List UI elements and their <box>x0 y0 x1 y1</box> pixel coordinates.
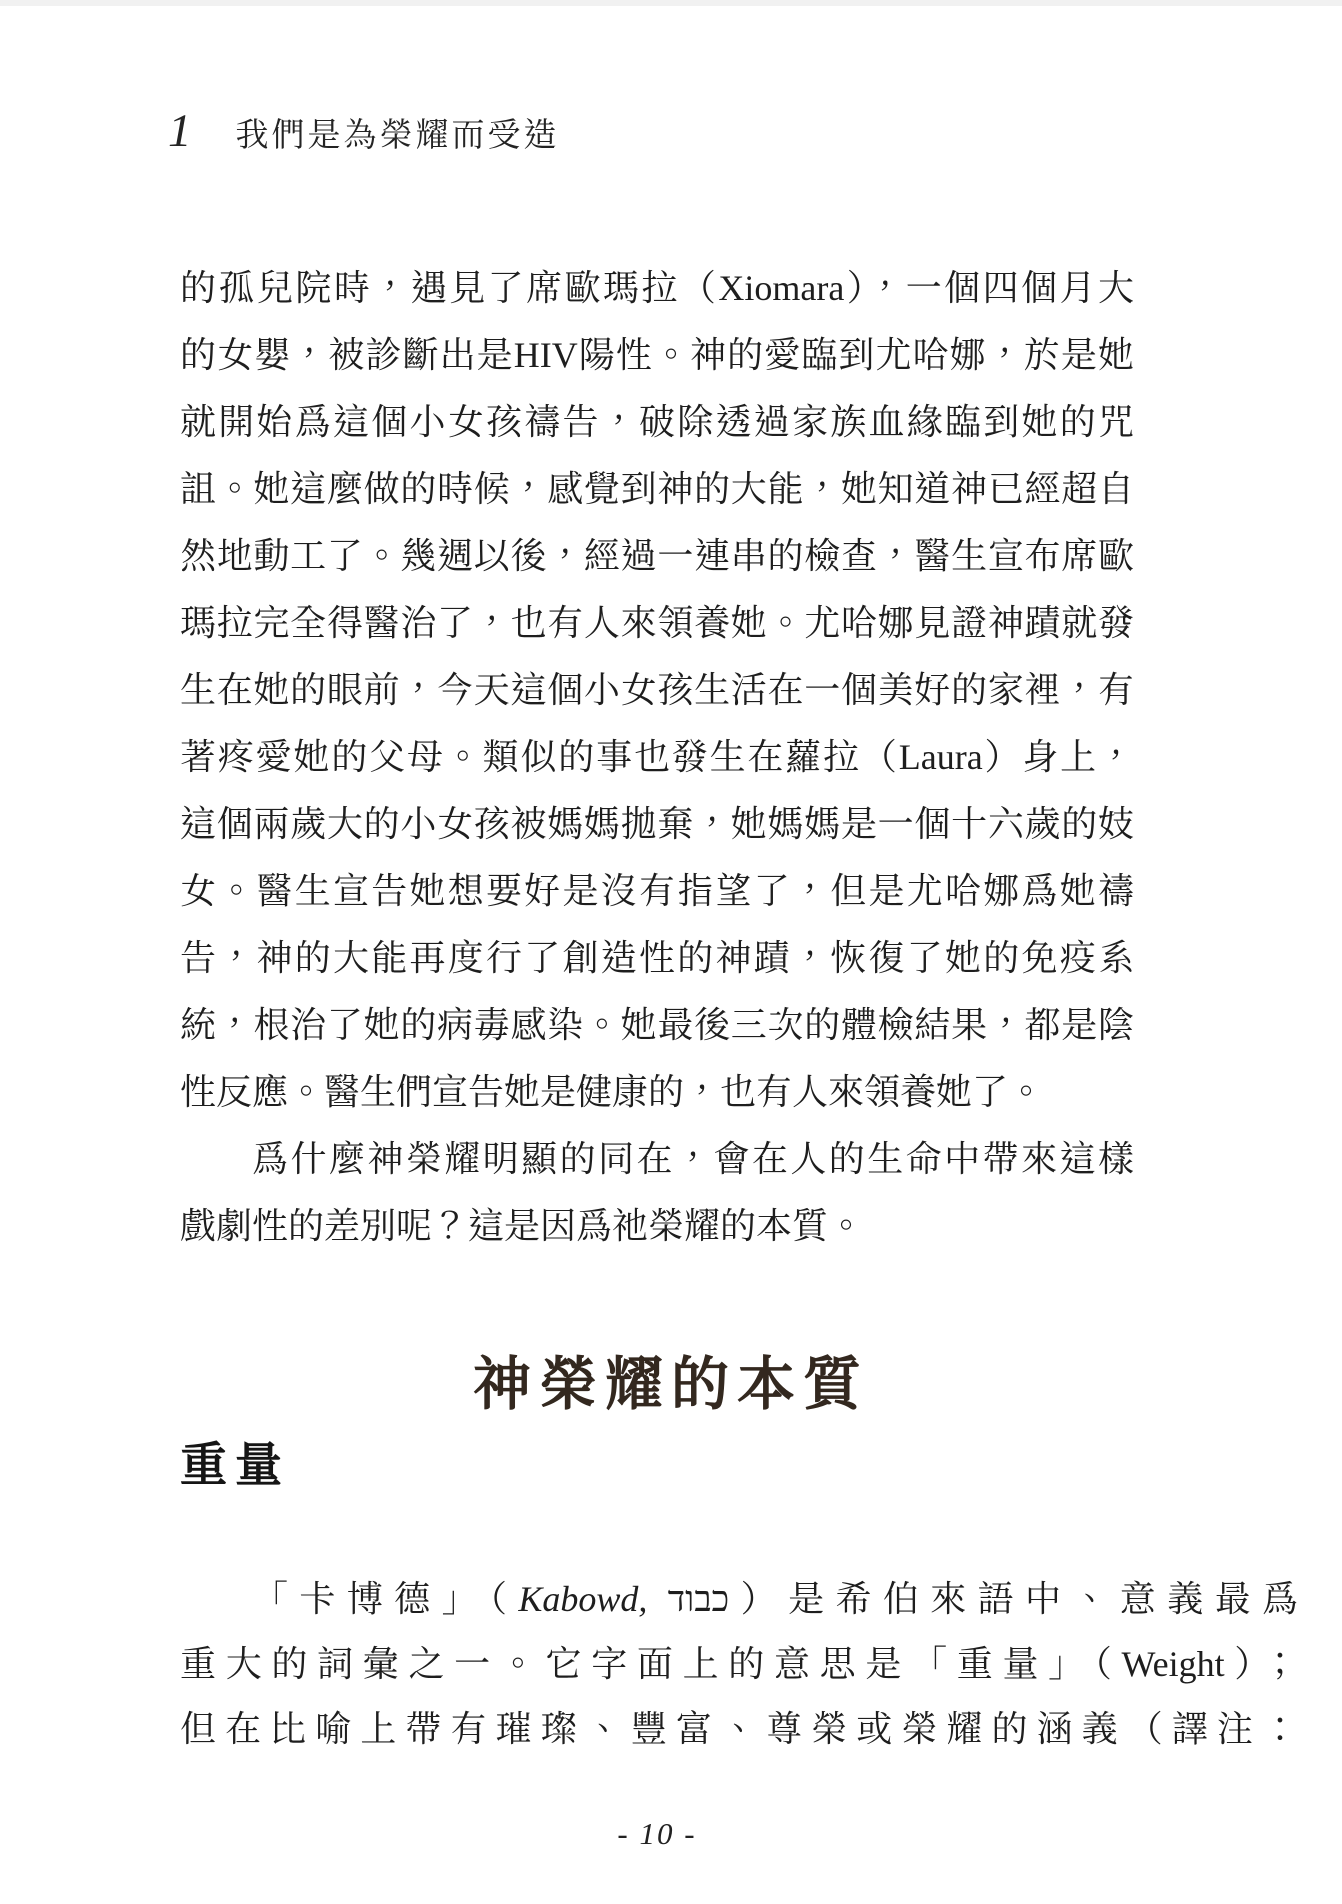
text-line: 告，神的大能再度行了創造性的神蹟，恢復了她的免疫系 <box>180 925 1134 992</box>
paragraph-orphanage-story: 的孤兒院時，遇見了席歐瑪拉（Xiomara），一個四個月大的女嬰，被診斷出是HI… <box>180 255 1134 1126</box>
text-line: 但在比喻上帶有璀璨、豐富、尊榮或榮耀的涵義（譯注： <box>180 1697 1298 1762</box>
inline-text: כבוד <box>668 1579 729 1619</box>
text-line: 著疼愛她的父母。類似的事也發生在蘿拉（Laura）身上， <box>180 724 1134 791</box>
chapter-number: 1 <box>168 106 192 158</box>
chapter-header: 1 我們是為榮耀而受造 <box>168 106 560 158</box>
text-line: 統，根治了她的病毒感染。她最後三次的體檢結果，都是陰 <box>180 992 1134 1059</box>
paragraph-why-glory-question: 爲什麼神榮耀明顯的同在，會在人的生命中帶來這樣戲劇性的差別呢？這是因爲祂榮耀的本… <box>180 1126 1134 1260</box>
chapter-title: 我們是為榮耀而受造 <box>236 109 560 156</box>
text-line: 這個兩歲大的小女孩被媽媽拋棄，她媽媽是一個十六歲的妓 <box>180 791 1134 858</box>
text-line: 瑪拉完全得醫治了，也有人來領養她。尤哈娜見證神蹟就發 <box>180 590 1134 657</box>
text-line: 女。醫生宣告她想要好是沒有指望了，但是尤哈娜爲她禱 <box>180 858 1134 925</box>
text-line: 戲劇性的差別呢？這是因爲祂榮耀的本質。 <box>180 1193 1134 1260</box>
text-line: 的孤兒院時，遇見了席歐瑪拉（Xiomara），一個四個月大 <box>180 255 1134 322</box>
text-line: 的女嬰，被診斷出是HIV陽性。神的愛臨到尤哈娜，於是她 <box>180 322 1134 389</box>
book-page: 1 我們是為榮耀而受造 的孤兒院時，遇見了席歐瑪拉（Xiomara），一個四個月… <box>0 0 1342 1904</box>
paragraph-kabowd-definition: 「卡博德」（Kabowd, כבוד）是希伯來語中、意義最爲重大的詞彙之一。它字… <box>180 1567 1298 1762</box>
text-line: 重大的詞彙之一。它字面上的意思是「重量」（Weight）； <box>180 1632 1298 1697</box>
text-line: 爲什麼神榮耀明顯的同在，會在人的生命中帶來這樣 <box>180 1126 1134 1193</box>
text-line: 生在她的眼前，今天這個小女孩生活在一個美好的家裡，有 <box>180 657 1134 724</box>
transliteration-italic: Kabowd, <box>518 1579 647 1619</box>
text-line: 然地動工了。幾週以後，經過一連串的檢查，醫生宣布席歐 <box>180 523 1134 590</box>
text-line: 性反應。醫生們宣告她是健康的，也有人來領養她了。 <box>180 1059 1134 1126</box>
text-line: 「卡博德」（Kabowd, כבוד）是希伯來語中、意義最爲 <box>180 1567 1298 1632</box>
subsection-heading-weight: 重量 <box>180 1438 290 1494</box>
page-footer: - 10 - <box>180 1816 1134 1852</box>
page-number: - 10 - <box>617 1816 696 1851</box>
text-line: 詛。她這麼做的時候，感覺到神的大能，她知道神已經超自 <box>180 456 1134 523</box>
section-heading-nature-of-glory: 神榮耀的本質 <box>0 1350 1342 1420</box>
text-line: 就開始爲這個小女孩禱告，破除透過家族血緣臨到她的咒 <box>180 389 1134 456</box>
